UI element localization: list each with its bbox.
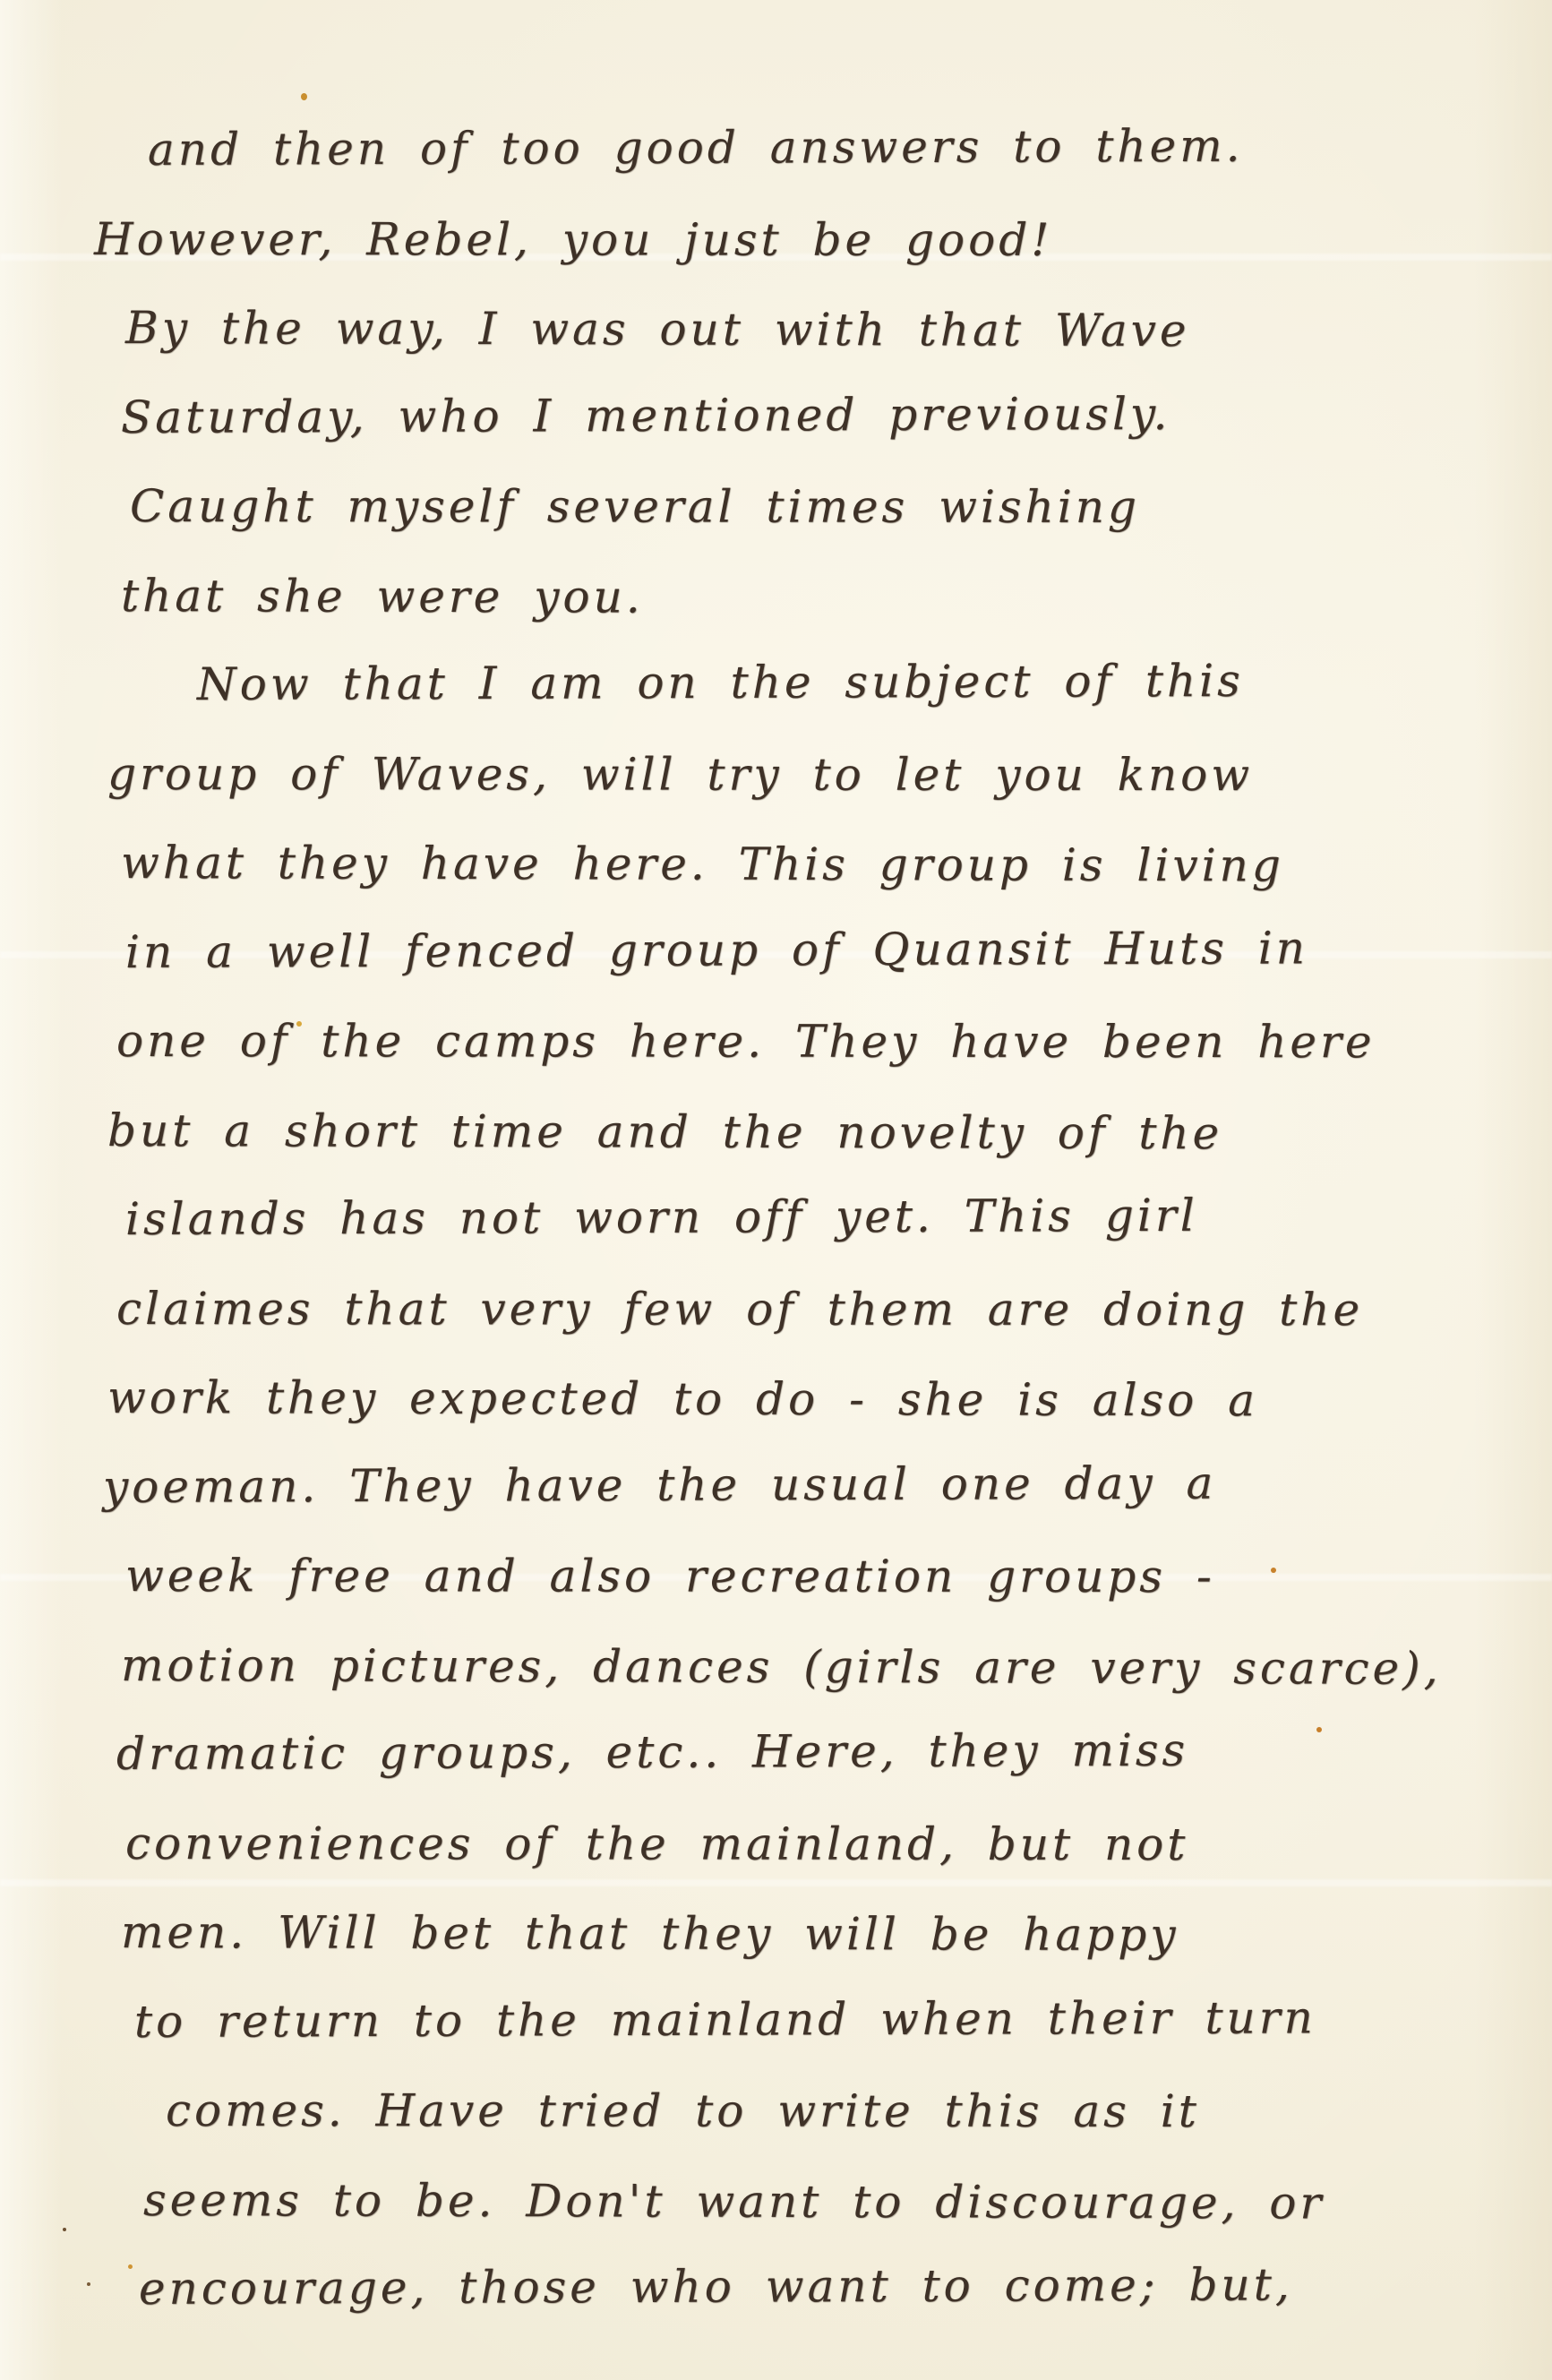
handwritten-line: yoeman. They have the usual one day a bbox=[103, 1438, 1552, 1532]
letter-body: and then of too good answers to them. Ho… bbox=[0, 106, 1552, 2334]
handwritten-line: seems to be. Don't want to discourage, o… bbox=[143, 2156, 1552, 2249]
handwritten-line: motion pictures, dances (girls are very … bbox=[121, 1621, 1552, 1714]
handwritten-line: Now that I am on the subject of this bbox=[197, 636, 1552, 730]
handwritten-line: dramatic groups, etc.. Here, they miss bbox=[116, 1705, 1552, 1799]
handwritten-line: work they expected to do - she is also a bbox=[107, 1353, 1552, 1447]
handwritten-line: Caught myself several times wishing bbox=[130, 462, 1552, 553]
handwritten-line: claimes that very few of them are doing … bbox=[116, 1265, 1552, 1355]
handwritten-line: islands has not worn off yet. This girl bbox=[125, 1170, 1552, 1264]
handwritten-line: By the way, I was out with that Wave bbox=[125, 284, 1552, 377]
handwritten-line: However, Rebel, you just be good! bbox=[94, 195, 1552, 286]
handwritten-line: conveniences of the mainland, but not bbox=[125, 1800, 1552, 1890]
handwritten-line: and then of too good answers to them. bbox=[148, 101, 1552, 195]
handwritten-line: Saturday, who I mentioned previously. bbox=[121, 368, 1552, 462]
handwritten-line: to return to the mainland when their tur… bbox=[134, 1972, 1552, 2066]
handwritten-line: but a short time and the novelty of the bbox=[107, 1087, 1552, 1180]
handwritten-line: what they have here. This group is livin… bbox=[121, 819, 1552, 912]
handwritten-line: in a well fenced group of Quansit Huts i… bbox=[125, 903, 1552, 997]
letter-page: and then of too good answers to them. Ho… bbox=[0, 0, 1552, 2380]
handwritten-line: men. Will bet that they will be happy bbox=[121, 1888, 1552, 1981]
handwritten-line: week free and also recreation groups - bbox=[125, 1532, 1552, 1622]
handwritten-line: comes. Have tried to write this as it bbox=[166, 2066, 1552, 2157]
handwritten-line: encourage, those who want to come; but, bbox=[139, 2239, 1552, 2333]
handwritten-line: that she were you. bbox=[121, 552, 1552, 645]
handwritten-line: one of the camps here. They have been he… bbox=[116, 997, 1552, 1087]
paper-speck bbox=[301, 93, 307, 100]
handwritten-line: group of Waves, will try to let you know bbox=[107, 730, 1552, 821]
